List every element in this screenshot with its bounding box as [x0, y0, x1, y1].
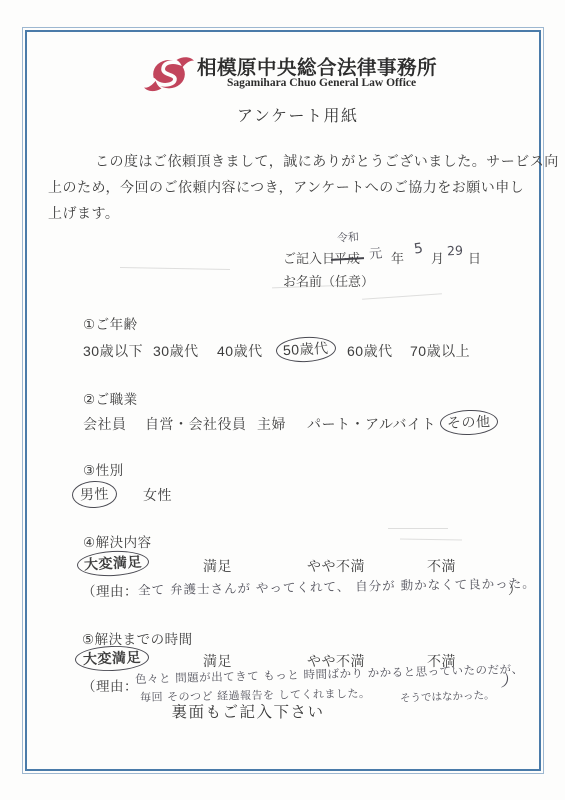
q2-option-company-employee: 会社員	[83, 414, 127, 434]
q1-selected-answer-circle: 50歳代	[276, 337, 336, 362]
q2-option-self-employed: 自営・会社役員	[145, 414, 247, 434]
day-value-handwritten: 29	[447, 243, 464, 259]
q4-label: ④解決内容	[83, 531, 152, 551]
office-name-en: Sagamihara Chuo General Law Office	[227, 77, 416, 89]
q2-option-housewife: 主婦	[257, 414, 286, 434]
day-unit: 日	[468, 248, 481, 267]
date-label: ご記入日	[283, 248, 335, 267]
q1-option-40s: 40歳代	[217, 341, 263, 361]
q2-option-other: その他	[440, 409, 498, 436]
q1-option-50s: 50歳代	[275, 335, 336, 363]
q1-option-30s: 30歳代	[153, 341, 199, 361]
q4-option-very-satisfied: 大変満足	[76, 549, 149, 578]
intro-line-2: 上のため，今回のご依頼内容につき，アンケートへのご協力をお願い申し	[48, 177, 524, 197]
era-printed-strikethrough: 平成	[334, 248, 360, 267]
month-unit: 月	[431, 248, 444, 267]
name-label: お名前（任意）	[283, 271, 374, 290]
q3-option-female: 女性	[143, 485, 172, 505]
q2-selected-answer-circle: その他	[440, 410, 498, 435]
office-logo-icon	[144, 54, 194, 101]
q4-reason-suffix: ）	[508, 578, 522, 598]
era-handwritten: 令和	[336, 228, 359, 245]
year-value-handwritten: 元	[368, 242, 383, 262]
q1-option-under30: 30歳以下	[83, 341, 143, 361]
q1-label: ①ご年齢	[83, 313, 138, 333]
footer-note: 裏面もご記入下さい	[98, 700, 398, 722]
era-printed: 平成	[334, 248, 360, 267]
q4-option-somewhat-dissatisfied: やや不満	[307, 556, 365, 576]
q5-label: ⑤解決までの時間	[82, 628, 193, 648]
q3-option-male: 男性	[72, 480, 118, 509]
scan-artifact	[388, 528, 448, 529]
q5-option-very-satisfied: 大変満足	[75, 645, 150, 673]
office-name: 相模原中央総合法律事務所	[197, 52, 437, 80]
q4-selected-answer-circle: 大変満足	[77, 551, 149, 576]
q3-label: ③性別	[83, 459, 124, 479]
q3-selected-answer-circle: 男性	[72, 481, 117, 508]
q1-option-over70: 70歳以上	[410, 341, 470, 361]
q1-option-60s: 60歳代	[347, 341, 393, 361]
q4-option-dissatisfied: 不満	[427, 556, 456, 576]
scanned-survey-page: 相模原中央総合法律事務所 Sagamihara Chuo General Law…	[0, 0, 565, 800]
q4-option-satisfied: 満足	[203, 556, 232, 576]
form-title: アンケート用紙	[237, 103, 359, 126]
intro-line-3: 上げます。	[48, 203, 119, 223]
q4-reason-prefix: （理由：	[82, 580, 138, 600]
q2-option-parttime: パート・アルバイト	[307, 414, 436, 434]
year-unit: 年	[391, 248, 404, 267]
q2-label: ②ご職業	[83, 388, 138, 408]
q5-reason-prefix: （理由：	[82, 675, 138, 695]
q5-selected-answer-circle: 大変満足	[75, 646, 149, 671]
intro-line-1: この度はご依頼頂きまして，誠にありがとうございました。サービス向	[95, 151, 559, 171]
